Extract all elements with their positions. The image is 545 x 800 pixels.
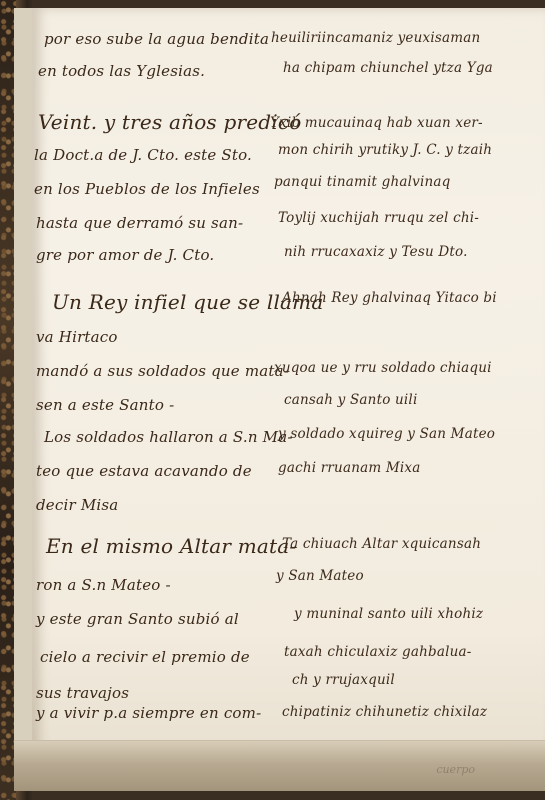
spanish-line: y este gran Santo subió al: [36, 610, 239, 628]
mayan-line: chipatiniz chihunetiz chixilaz: [282, 704, 487, 720]
mayan-line: Yxib mucauinaq hab xuan xer-: [270, 115, 483, 131]
mayan-line: panqui tinamit ghalvinaq: [274, 174, 450, 190]
mayan-line: Ahnah Rey ghalvinaq Yitaco bi: [282, 290, 497, 306]
spanish-line: teo que estava acavando de: [36, 462, 252, 480]
spanish-line: Los soldados hallaron a S.n Ma-: [44, 428, 293, 446]
spanish-line: en todos las Yglesias.: [38, 62, 205, 80]
spanish-line: en los Pueblos de los Infieles: [34, 180, 260, 198]
spanish-line: En el mismo Altar mata-: [46, 534, 296, 558]
page-bottom-edge: cuerpo: [14, 740, 545, 791]
book-binding: cuerpo por eso sube la agua bendita heui…: [0, 0, 545, 800]
mayan-line: gachi rruanam Mixa: [278, 460, 420, 476]
mayan-line: heuiliriincamaniz yeuxisaman: [271, 30, 480, 46]
mayan-line: xuqoa ue y rru soldado chiaqui: [274, 360, 492, 376]
spanish-line: ron a S.n Mateo -: [36, 576, 171, 594]
mayan-line: mon chirih yrutiky J. C. y tzaih: [278, 142, 492, 158]
spanish-line: va Hirtaco: [36, 328, 118, 346]
spanish-line: y a vivir p.a siempre en com-: [36, 704, 261, 722]
faded-foot-mark: cuerpo: [436, 763, 475, 776]
spanish-line: cielo a recivir el premio de: [40, 648, 250, 666]
spanish-line: sen a este Santo -: [36, 396, 174, 414]
spanish-line: mandó a sus soldados que mata-: [36, 362, 289, 380]
spanish-line: decir Misa: [36, 496, 118, 514]
mayan-line: y muninal santo uili xhohiz: [294, 606, 483, 622]
mayan-line: y soldado xquireg y San Mateo: [278, 426, 495, 442]
mayan-line: y San Mateo: [276, 568, 364, 584]
mayan-line: Toylij xuchijah rruqu zel chi-: [278, 210, 479, 226]
mayan-line: taxah chiculaxiz gahbalua-: [284, 644, 472, 660]
mayan-line: ha chipam chiunchel ytza Yga: [283, 60, 493, 76]
mayan-line: nih rrucaxaxiz y Tesu Dto.: [284, 244, 468, 260]
mayan-line: cansah y Santo uili: [284, 392, 417, 408]
spanish-line: por eso sube la agua bendita: [44, 30, 269, 48]
mayan-line: Ta chiuach Altar xquicansah: [282, 536, 481, 552]
spanish-line: Veint. y tres años predicó: [38, 110, 302, 134]
spanish-line: la Doct.a de J. Cto. este Sto.: [34, 146, 252, 164]
spanish-line: sus travajos: [36, 684, 129, 702]
spanish-line: gre por amor de J. Cto.: [36, 246, 214, 264]
mayan-line: ch y rrujaxquil: [292, 672, 395, 688]
spanish-line: hasta que derramó su san-: [36, 214, 243, 232]
